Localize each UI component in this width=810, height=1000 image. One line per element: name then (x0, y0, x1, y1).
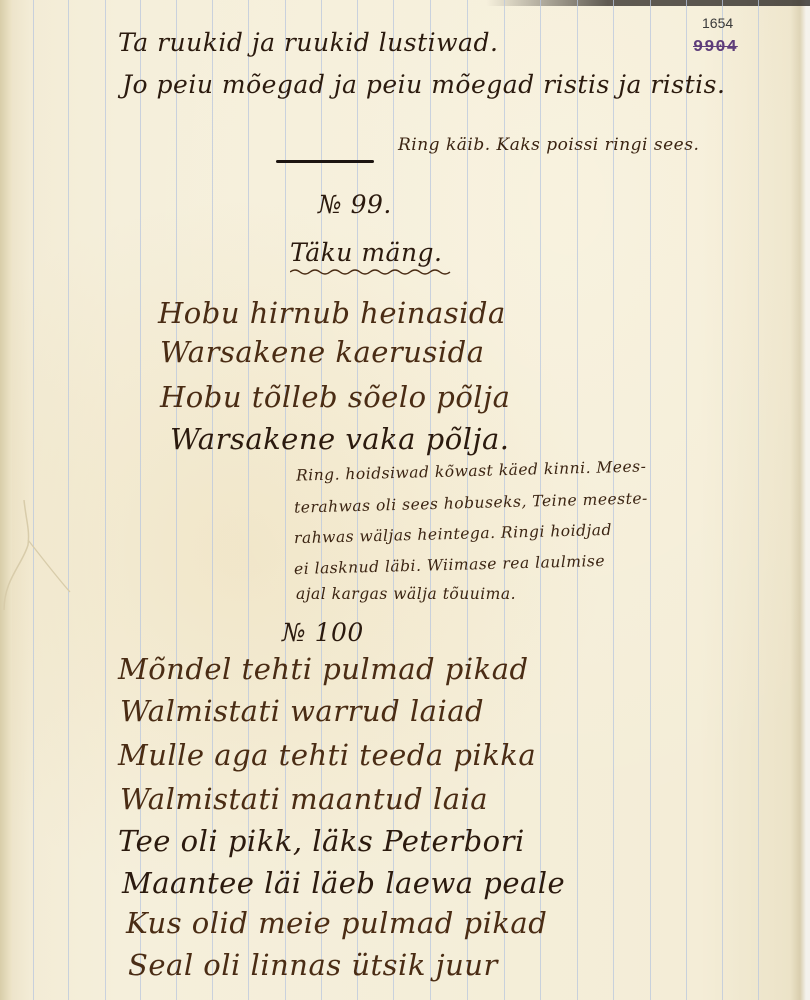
verse-line: Walmistati warrud laiad (120, 694, 484, 728)
verse-line: Mulle aga tehti teeda pikka (118, 738, 536, 772)
verse-line: Jo peiu mõegad ja peiu mõegad ristis ja … (122, 70, 725, 99)
ruled-line (758, 0, 759, 1000)
song-number: № 100 (282, 618, 364, 647)
verse-line: Warsakene vaka põlja. (170, 422, 509, 456)
title-underline (290, 268, 455, 276)
performance-note: Ring käib. Kaks poissi ringi sees. (398, 135, 699, 155)
verse-line: Warsakene kaerusida (160, 335, 484, 369)
performance-note-line: Ring. hoidsiwad kõwast käed kinni. Mees- (296, 457, 647, 484)
verse-line: Hobu hirnub heinasida (158, 296, 506, 330)
section-divider (276, 160, 374, 163)
verse-line: Walmistati maantud laia (120, 782, 488, 816)
catalog-number-struck: 9904 (693, 38, 738, 57)
performance-note-line: rahwas wäljas heintega. Ringi hoidjad (294, 521, 612, 547)
performance-note-line: terahwas oli sees hobuseks, Teine meeste… (294, 489, 648, 516)
performance-note-line: ei lasknud läbi. Wiimase rea laulmise (294, 552, 605, 578)
manuscript-page: 1654 9904 Ta ruukid ja ruukid lustiwad. … (0, 0, 810, 1000)
verse-line: Tee oli pikk, läks Peterbori (118, 824, 525, 858)
catalog-number: 1654 (702, 15, 733, 31)
page-top-shadow (0, 0, 810, 6)
verse-line: Maantee läi läeb laewa peale (122, 866, 565, 900)
verse-line: Kus olid meie pulmad pikad (126, 906, 547, 940)
ruled-line (105, 0, 106, 1000)
binding-thread (0, 500, 80, 610)
song-number: № 99. (318, 190, 392, 219)
verse-line: Seal oli linnas ütsik juur (128, 948, 498, 982)
song-title: Täku mäng. (290, 238, 443, 267)
verse-line: Mõndel tehti pulmad pikad (118, 652, 529, 686)
verse-line: Hobu tõlleb sõelo põlja (160, 380, 510, 414)
ruled-line (722, 0, 723, 1000)
verse-line: Ta ruukid ja ruukid lustiwad. (118, 28, 498, 57)
performance-note-line: ajal kargas wälja tõuuima. (296, 585, 516, 603)
